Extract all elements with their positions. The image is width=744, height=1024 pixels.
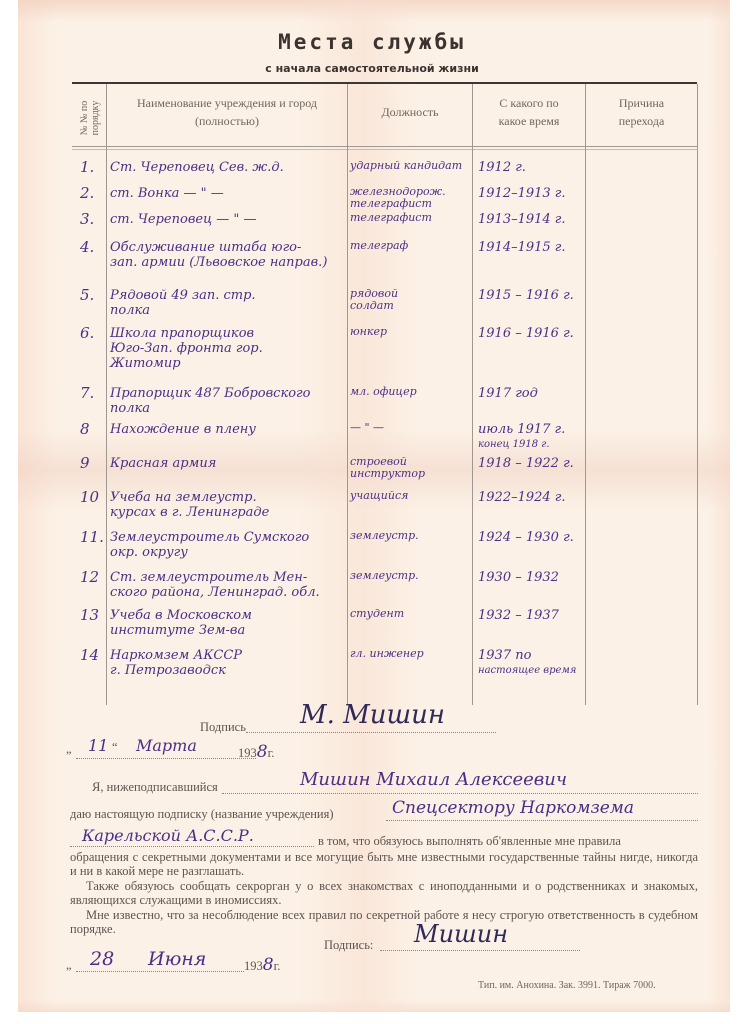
row-period: 1922–1924 г.: [478, 490, 566, 505]
row-position: — " —: [350, 422, 384, 434]
institution-line: Землеустроитель Сумского: [110, 530, 309, 545]
institution-line: [386, 820, 698, 821]
row-period: 1937 понастоящее время: [478, 648, 576, 678]
institution-value-1: Спецсектору Наркомзема: [392, 798, 634, 818]
institution-line: Нахождение в плену: [110, 422, 256, 437]
institution-line: зап. армии (Львовское направ.): [110, 255, 327, 270]
row-institution: ст. Череповец — " —: [110, 212, 257, 227]
row-number: 9: [80, 456, 90, 471]
document-subtitle: с начала самостоятельной жизни: [0, 62, 744, 75]
date-open-quote: „: [66, 742, 72, 757]
row-period: 1914–1915 г.: [478, 240, 566, 255]
header-institution: Наименование учреждения и город (полност…: [108, 94, 346, 130]
position-line: телеграф: [350, 240, 408, 252]
row-institution: Ст. землеустроитель Мен-ского района, Ле…: [110, 570, 320, 600]
row-position: землеустр.: [350, 530, 419, 542]
row-number: 11.: [80, 530, 104, 545]
row-number: 7.: [80, 386, 94, 401]
institution-line: окр. округу: [110, 545, 309, 560]
row-position: телеграф: [350, 240, 408, 252]
row-number: 5.: [80, 288, 94, 303]
pledge-full-name: Мишин Михаил Алексеевич: [300, 770, 567, 790]
date-month: Марта: [136, 738, 197, 753]
date2-day: 28: [90, 948, 114, 970]
institution-label: даю настоящую подписку (название учрежде…: [70, 807, 334, 822]
row-institution: Наркомзем АКССРг. Петрозаводск: [110, 648, 242, 678]
column-divider: [347, 84, 348, 705]
signature-2: Мишин: [414, 920, 508, 948]
signature-1: М. Мишин: [300, 700, 445, 730]
row-number: 4.: [80, 240, 94, 255]
period-line: 1937 по: [478, 648, 576, 663]
institution-line: ст. Вонка — " —: [110, 186, 224, 201]
institution-line: Обслуживание штаба юго-: [110, 240, 327, 255]
institution-line: Учеба на землеустр.: [110, 490, 269, 505]
date2-month: Июня: [148, 948, 206, 970]
institution-value-2: Карельской А.С.С.Р.: [82, 826, 254, 846]
institution-line: Рядовой 49 зап. стр.: [110, 288, 256, 303]
pledge-intro-label: Я, нижеподписавшийся: [92, 780, 218, 795]
document-title: Места службы: [0, 30, 744, 54]
row-number: 10: [80, 490, 99, 505]
row-number: 14: [80, 648, 99, 663]
row-position: мл. офицер: [350, 386, 417, 398]
institution-line: Житомир: [110, 356, 263, 371]
row-number: 6.: [80, 326, 94, 341]
row-period: 1917 год: [478, 386, 538, 401]
period-line: 1924 – 1930 г.: [478, 530, 574, 545]
institution-line: Учеба в Московском: [110, 608, 252, 623]
position-line: учащийся: [350, 490, 408, 502]
period-line: 1917 год: [478, 386, 538, 401]
period-line: 1930 – 1932: [478, 570, 559, 585]
row-period: 1932 – 1937: [478, 608, 559, 623]
institution-line: Прапорщик 487 Бобровского: [110, 386, 310, 401]
row-number: 12: [80, 570, 99, 585]
row-institution: Ст. Череповец Сев. ж.д.: [110, 160, 284, 175]
pledge-paragraph-2: Также обязуюсь сообщать секрорган у о вс…: [70, 879, 698, 907]
row-institution: Красная армия: [110, 456, 216, 471]
column-divider: [472, 84, 473, 705]
row-institution: Учеба на землеустр.курсах в г. Ленинград…: [110, 490, 269, 520]
date-close-quote: “: [112, 740, 118, 755]
row-position: рядовойсолдат: [350, 288, 398, 312]
signature-line-2: [380, 950, 580, 951]
institution-line: Красная армия: [110, 456, 216, 471]
period-line: 1918 – 1922 г.: [478, 456, 574, 471]
table-top-rule: [72, 82, 697, 84]
position-line: гл. инженер: [350, 648, 424, 660]
institution-line: ст. Череповец — " —: [110, 212, 257, 227]
row-position: землеустр.: [350, 570, 419, 582]
row-institution: Нахождение в плену: [110, 422, 256, 437]
position-line: — " —: [350, 422, 384, 434]
date-line: [76, 758, 256, 759]
year2: 1938г.: [244, 958, 280, 974]
row-position: гл. инженер: [350, 648, 424, 660]
date2-line: [76, 971, 244, 972]
signature-line: [246, 732, 496, 733]
row-position: телеграфист: [350, 212, 432, 224]
period-line: 1922–1924 г.: [478, 490, 566, 505]
row-institution: Прапорщик 487 Бобровскогополка: [110, 386, 310, 416]
row-period: 1918 – 1922 г.: [478, 456, 574, 471]
institution-line: курсах в г. Ленинграде: [110, 505, 269, 520]
position-line: ударный кандидат: [350, 160, 462, 172]
row-institution: Землеустроитель Сумскогоокр. округу: [110, 530, 309, 560]
institution-line: г. Петрозаводск: [110, 663, 242, 678]
row-number: 1.: [80, 160, 94, 175]
row-position: юнкер: [350, 326, 387, 338]
row-institution: Школа прапорщиковЮго-Зап. фронта гор.Жит…: [110, 326, 263, 371]
position-line: мл. офицер: [350, 386, 417, 398]
table-header-rule: [72, 146, 697, 147]
period-line: 1932 – 1937: [478, 608, 559, 623]
table-header-rule-secondary: [72, 149, 697, 150]
row-position: ударный кандидат: [350, 160, 462, 172]
signature-label-2: Подпись:: [324, 938, 373, 953]
period-line: 1914–1915 г.: [478, 240, 566, 255]
date-day: 11: [88, 738, 108, 753]
institution-line: Ст. землеустроитель Мен-: [110, 570, 320, 585]
row-institution: ст. Вонка — " —: [110, 186, 224, 201]
header-period: С какого по какое время: [473, 94, 585, 130]
row-number: 13: [80, 608, 99, 623]
position-line: телеграфист: [350, 212, 432, 224]
date2-open-quote: „: [66, 958, 72, 973]
position-line: инструктор: [350, 468, 425, 480]
period-line: 1912–1913 г.: [478, 186, 566, 201]
position-line: солдат: [350, 300, 398, 312]
row-position: железнодорож.телеграфист: [350, 186, 446, 210]
pledge-paragraph-1: обращения с секретными документами и все…: [70, 850, 698, 878]
header-row-number: № № по порядку: [76, 92, 104, 144]
signature-label: Подпись: [200, 720, 246, 735]
row-number: 8: [80, 422, 90, 437]
pledge-text-1: в том, что обязуюсь выполнять об'явленны…: [318, 834, 621, 849]
row-period: 1916 – 1916 г.: [478, 326, 574, 341]
institution-line: Юго-Зап. фронта гор.: [110, 341, 263, 356]
institution-line: Наркомзем АКССР: [110, 648, 242, 663]
row-period: 1930 – 1932: [478, 570, 559, 585]
column-divider: [106, 84, 107, 705]
printer-imprint: Тип. им. Анохина. Зак. 3991. Тираж 7000.: [478, 980, 656, 991]
period-line: конец 1918 г.: [478, 437, 565, 452]
year-prefix: 1938г.: [238, 745, 274, 761]
institution-line-2: [70, 846, 314, 847]
column-divider: [585, 84, 586, 705]
position-line: землеустр.: [350, 530, 419, 542]
row-position: учащийся: [350, 490, 408, 502]
institution-line: ского района, Ленинград. обл.: [110, 585, 320, 600]
position-line: юнкер: [350, 326, 387, 338]
row-institution: Учеба в Московскоминституте Зем-ва: [110, 608, 252, 638]
institution-line: Ст. Череповец Сев. ж.д.: [110, 160, 284, 175]
row-position: строевойинструктор: [350, 456, 425, 480]
institution-line: полка: [110, 401, 310, 416]
period-line: 1912 г.: [478, 160, 526, 175]
period-line: 1913–1914 г.: [478, 212, 566, 227]
row-period: 1915 – 1916 г.: [478, 288, 574, 303]
period-line: 1915 – 1916 г.: [478, 288, 574, 303]
header-reason: Причина перехода: [586, 94, 697, 130]
row-period: 1912 г.: [478, 160, 526, 175]
position-line: студент: [350, 608, 404, 620]
position-line: землеустр.: [350, 570, 419, 582]
period-line: настоящее время: [478, 663, 576, 678]
row-period: 1924 – 1930 г.: [478, 530, 574, 545]
row-position: студент: [350, 608, 404, 620]
row-institution: Рядовой 49 зап. стр.полка: [110, 288, 256, 318]
row-number: 2.: [80, 186, 94, 201]
period-line: июль 1917 г.: [478, 422, 565, 437]
institution-line: полка: [110, 303, 256, 318]
header-position: Должность: [348, 103, 472, 121]
institution-line: институте Зем-ва: [110, 623, 252, 638]
row-period: 1913–1914 г.: [478, 212, 566, 227]
period-line: 1916 – 1916 г.: [478, 326, 574, 341]
name-line: [222, 793, 698, 794]
row-institution: Обслуживание штаба юго-зап. армии (Львов…: [110, 240, 327, 270]
institution-line: Школа прапорщиков: [110, 326, 263, 341]
row-period: июль 1917 г.конец 1918 г.: [478, 422, 565, 452]
row-period: 1912–1913 г.: [478, 186, 566, 201]
pledge-paragraph-3: Мне известно, что за несоблюдение всех п…: [70, 908, 698, 936]
column-divider: [697, 84, 698, 705]
row-number: 3.: [80, 212, 94, 227]
position-line: телеграфист: [350, 198, 446, 210]
